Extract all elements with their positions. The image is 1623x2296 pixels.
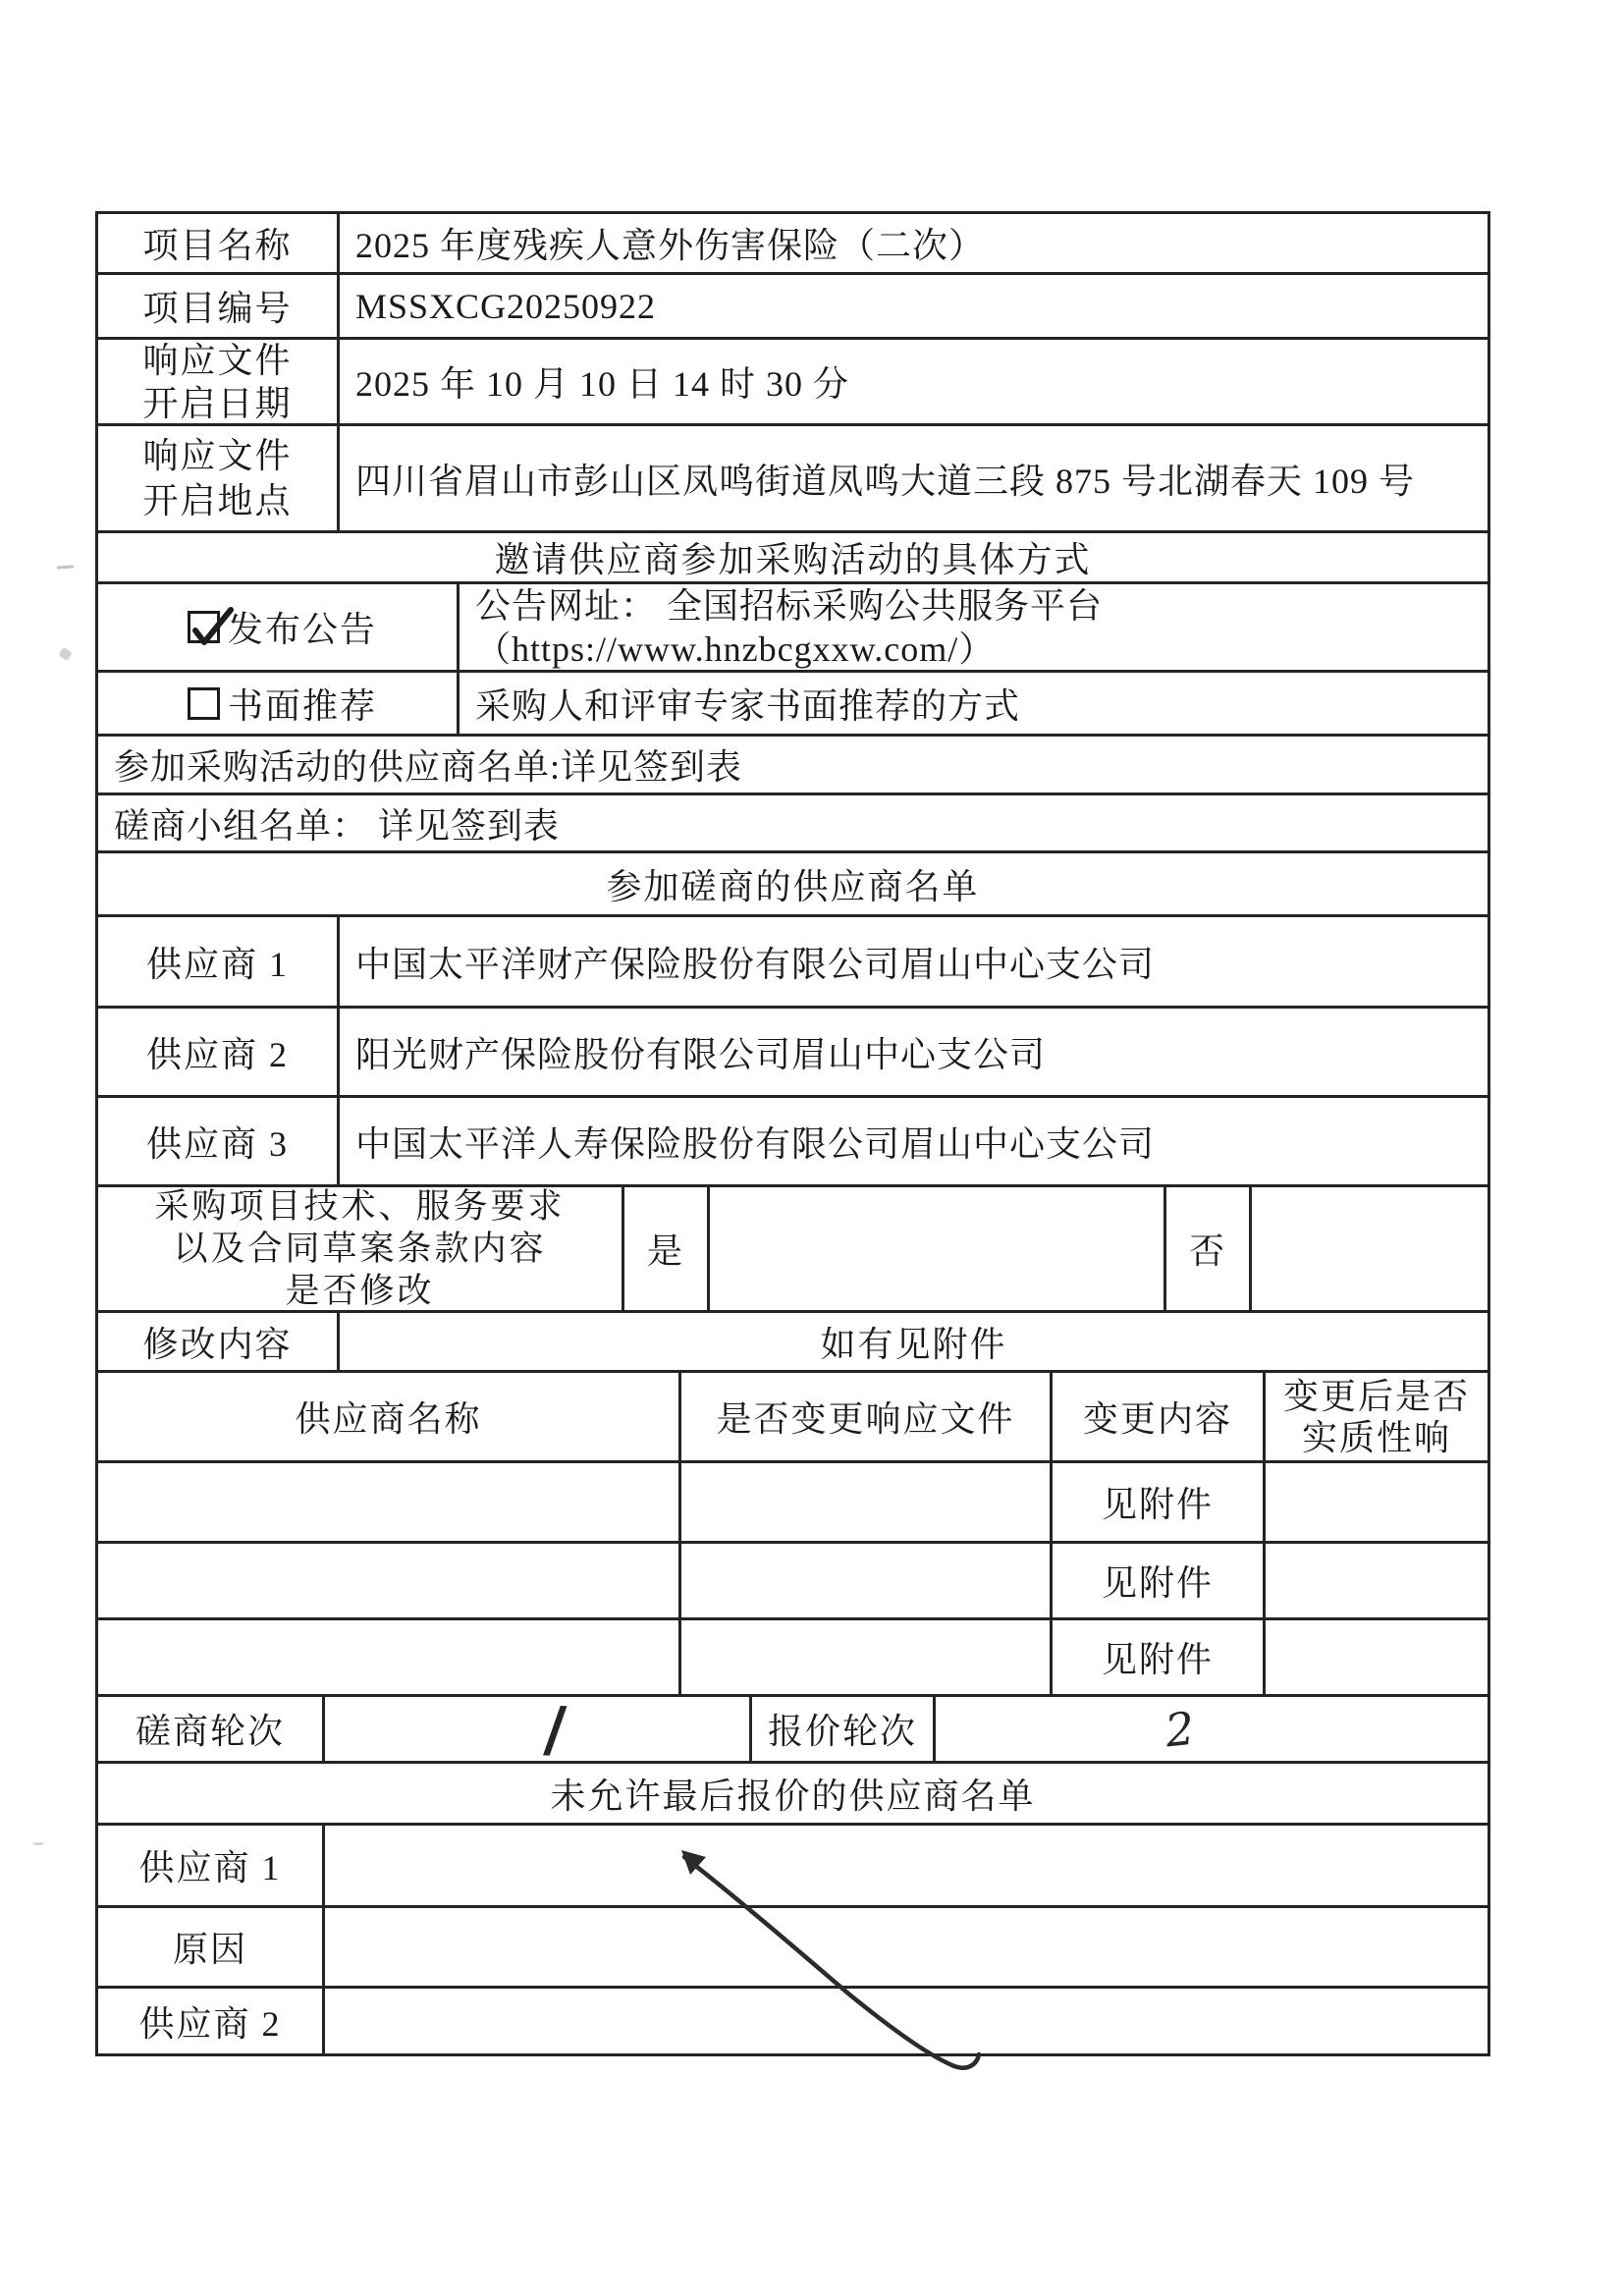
change-table-row: 见附件 bbox=[98, 1544, 1488, 1620]
row-invitation-method-header: 邀请供应商参加采购活动的具体方式 bbox=[98, 533, 1488, 584]
change-row-content: 见附件 bbox=[1053, 1463, 1266, 1541]
row-response-open-location: 响应文件 开启地点 四川省眉山市彭山区凤鸣街道凤鸣大道三段 875 号北湖春天 … bbox=[98, 426, 1488, 533]
procurement-result-form-table: 项目名称 2025 年度残疾人意外伤害保险（二次） 项目编号 MSSXCG202… bbox=[95, 211, 1490, 2056]
change-row-substantive bbox=[1266, 1544, 1488, 1617]
supplier-2-name: 阳光财产保险股份有限公司眉山中心支公司 bbox=[340, 1009, 1488, 1095]
written-recommendation-option: 书面推荐 bbox=[98, 673, 460, 734]
change-row-content: 见附件 bbox=[1053, 1544, 1266, 1617]
publish-announcement-label: 发布公告 bbox=[228, 602, 377, 652]
supplier-3-label: 供应商 3 bbox=[98, 1098, 340, 1184]
supplier-1-label: 供应商 1 bbox=[98, 917, 340, 1006]
invitation-method-header: 邀请供应商参加采购活动的具体方式 bbox=[98, 533, 1488, 581]
row-modification-content: 修改内容 如有见附件 bbox=[98, 1313, 1488, 1373]
response-open-date-value: 2025 年 10 月 10 日 14 时 30 分 bbox=[340, 340, 1488, 423]
publish-announcement-option: 发布公告 bbox=[98, 584, 460, 670]
scan-speck bbox=[33, 1842, 43, 1845]
row-no-final-supplier-1: 供应商 1 bbox=[98, 1826, 1488, 1908]
publish-announcement-checkbox-checked[interactable] bbox=[188, 611, 220, 643]
row-no-final-reason: 原因 bbox=[98, 1908, 1488, 1989]
no-final-reason-value bbox=[325, 1908, 1488, 1986]
response-open-location-value: 四川省眉山市彭山区凤鸣街道凤鸣大道三段 875 号北湖春天 109 号 bbox=[340, 426, 1488, 530]
publish-announcement-desc: 公告网址： 全国招标采购公共服务平台 （https://www.hnzbcgxx… bbox=[460, 584, 1488, 670]
change-row-supplier bbox=[98, 1544, 681, 1617]
written-recommendation-label: 书面推荐 bbox=[228, 679, 377, 729]
modification-no-label: 否 bbox=[1166, 1187, 1252, 1310]
no-final-supplier-1-value bbox=[325, 1826, 1488, 1905]
negotiation-suppliers-header: 参加磋商的供应商名单 bbox=[98, 853, 1488, 914]
written-recommendation-desc: 采购人和评审专家书面推荐的方式 bbox=[460, 673, 1488, 734]
no-final-supplier-2-label: 供应商 2 bbox=[98, 1989, 325, 2053]
supplier-1-name: 中国太平洋财产保险股份有限公司眉山中心支公司 bbox=[340, 917, 1488, 1006]
project-name-label: 项目名称 bbox=[98, 214, 340, 272]
row-response-open-date: 响应文件 开启日期 2025 年 10 月 10 日 14 时 30 分 bbox=[98, 340, 1488, 426]
change-col-substantive-header: 变更后是否 实质性响 bbox=[1266, 1373, 1488, 1460]
row-no-final-quote-header: 未允许最后报价的供应商名单 bbox=[98, 1764, 1488, 1826]
change-row-supplier bbox=[98, 1620, 681, 1694]
change-table-row: 见附件 bbox=[98, 1463, 1488, 1544]
scan-speck bbox=[58, 647, 73, 662]
response-open-date-label: 响应文件 开启日期 bbox=[98, 340, 340, 423]
no-final-quote-header: 未允许最后报价的供应商名单 bbox=[98, 1764, 1488, 1823]
row-rounds: 磋商轮次 / 报价轮次 2 bbox=[98, 1697, 1488, 1764]
negotiation-rounds-value: / bbox=[325, 1697, 752, 1761]
change-row-changed bbox=[681, 1544, 1053, 1617]
modification-no-value bbox=[1252, 1187, 1488, 1310]
handwritten-slash-mark: / bbox=[542, 1693, 567, 1766]
participant-suppliers-note: 参加采购活动的供应商名单:详见签到表 bbox=[98, 737, 1488, 793]
row-project-name: 项目名称 2025 年度残疾人意外伤害保险（二次） bbox=[98, 214, 1488, 275]
supplier-2-label: 供应商 2 bbox=[98, 1009, 340, 1095]
supplier-3-name: 中国太平洋人寿保险股份有限公司眉山中心支公司 bbox=[340, 1098, 1488, 1184]
project-number-label: 项目编号 bbox=[98, 275, 340, 337]
quote-rounds-label: 报价轮次 bbox=[752, 1697, 936, 1761]
row-written-recommendation: 书面推荐 采购人和评审专家书面推荐的方式 bbox=[98, 673, 1488, 737]
modification-yes-value bbox=[710, 1187, 1166, 1310]
change-row-supplier bbox=[98, 1463, 681, 1541]
quote-rounds-value: 2 bbox=[936, 1697, 1488, 1761]
row-publish-announcement: 发布公告 公告网址： 全国招标采购公共服务平台 （https://www.hnz… bbox=[98, 584, 1488, 673]
change-row-substantive bbox=[1266, 1620, 1488, 1694]
row-supplier-2: 供应商 2 阳光财产保险股份有限公司眉山中心支公司 bbox=[98, 1009, 1488, 1098]
no-final-supplier-1-label: 供应商 1 bbox=[98, 1826, 325, 1905]
project-name-value: 2025 年度残疾人意外伤害保险（二次） bbox=[340, 214, 1488, 272]
project-number-value: MSSXCG20250922 bbox=[340, 275, 1488, 337]
negotiation-rounds-label: 磋商轮次 bbox=[98, 1697, 325, 1761]
change-col-supplier-name-header: 供应商名称 bbox=[98, 1373, 681, 1460]
row-change-table-header: 供应商名称 是否变更响应文件 变更内容 变更后是否 实质性响 bbox=[98, 1373, 1488, 1463]
row-participant-suppliers-note: 参加采购活动的供应商名单:详见签到表 bbox=[98, 737, 1488, 795]
negotiation-team-note: 磋商小组名单： 详见签到表 bbox=[98, 795, 1488, 850]
change-col-change-content-header: 变更内容 bbox=[1053, 1373, 1266, 1460]
row-supplier-3: 供应商 3 中国太平洋人寿保险股份有限公司眉山中心支公司 bbox=[98, 1098, 1488, 1187]
row-no-final-supplier-2: 供应商 2 bbox=[98, 1989, 1488, 2053]
change-row-substantive bbox=[1266, 1463, 1488, 1541]
row-negotiation-team-note: 磋商小组名单： 详见签到表 bbox=[98, 795, 1488, 853]
row-supplier-1: 供应商 1 中国太平洋财产保险股份有限公司眉山中心支公司 bbox=[98, 917, 1488, 1009]
scanned-document-page: 项目名称 2025 年度残疾人意外伤害保险（二次） 项目编号 MSSXCG202… bbox=[0, 0, 1623, 2296]
no-final-supplier-2-value bbox=[325, 1989, 1488, 2053]
handwritten-number-2: 2 bbox=[1163, 1701, 1198, 1757]
change-row-changed bbox=[681, 1620, 1053, 1694]
modification-question-label: 采购项目技术、服务要求 以及合同草案条款内容 是否修改 bbox=[98, 1187, 624, 1310]
handwritten-checkmark-icon bbox=[186, 601, 235, 650]
change-row-changed bbox=[681, 1463, 1053, 1541]
change-row-content: 见附件 bbox=[1053, 1620, 1266, 1694]
row-project-number: 项目编号 MSSXCG20250922 bbox=[98, 275, 1488, 340]
scan-speck bbox=[57, 565, 74, 569]
modification-content-value: 如有见附件 bbox=[340, 1313, 1488, 1370]
row-negotiation-suppliers-header: 参加磋商的供应商名单 bbox=[98, 853, 1488, 917]
change-col-changed-response-header: 是否变更响应文件 bbox=[681, 1373, 1053, 1460]
modification-yes-label: 是 bbox=[624, 1187, 710, 1310]
response-open-location-label: 响应文件 开启地点 bbox=[98, 426, 340, 530]
modification-content-label: 修改内容 bbox=[98, 1313, 340, 1370]
no-final-reason-label: 原因 bbox=[98, 1908, 325, 1986]
written-recommendation-checkbox-unchecked[interactable] bbox=[188, 687, 220, 720]
change-table-row: 见附件 bbox=[98, 1620, 1488, 1697]
row-modification-question: 采购项目技术、服务要求 以及合同草案条款内容 是否修改 是 否 bbox=[98, 1187, 1488, 1313]
